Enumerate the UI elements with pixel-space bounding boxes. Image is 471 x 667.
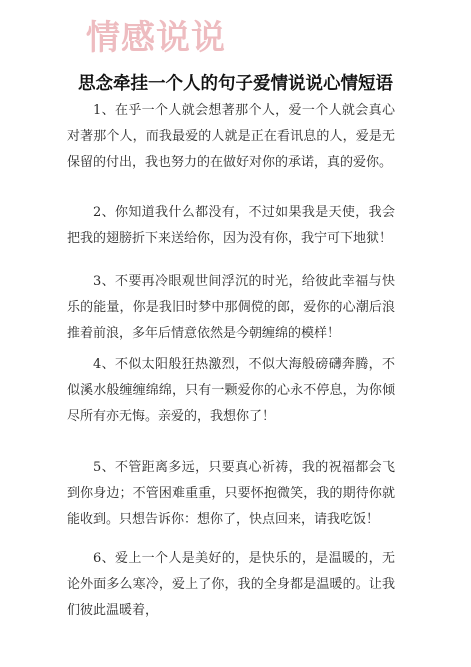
paragraph-5: 5、不管距离多远，只要真心祈祷，我的祝福都会飞到你身边；不管困难重重，只要怀抱微… xyxy=(67,455,395,533)
paragraph-2: 2、你知道我什么都没有，不过如果我是天使，我会把我的翅膀折下来送给你，因为没有你… xyxy=(67,200,395,252)
paragraph-1: 1、在乎一个人就会想著那个人，爱一个人就会真心对著那个人，而我最爱的人就是正在看… xyxy=(67,98,395,176)
watermark-logo: 情感说说 xyxy=(86,18,226,58)
page-title: 思念牵挂一个人的句子爱情说说心情短语 xyxy=(0,72,471,96)
paragraph-6: 6、爱上一个人是美好的，是快乐的，是温暖的，无论外面多么寒冷，爱上了你，我的全身… xyxy=(67,546,395,624)
paragraph-4: 4、不似太阳般狂热激烈，不似大海般磅礴奔腾，不似溪水般缠缠绵绵，只有一颗爱你的心… xyxy=(67,352,395,430)
paragraph-3: 3、不要再冷眼观世间浮沉的时光，给彼此幸福与快乐的能量，你是我旧时梦中那倜傥的郎… xyxy=(67,269,395,347)
